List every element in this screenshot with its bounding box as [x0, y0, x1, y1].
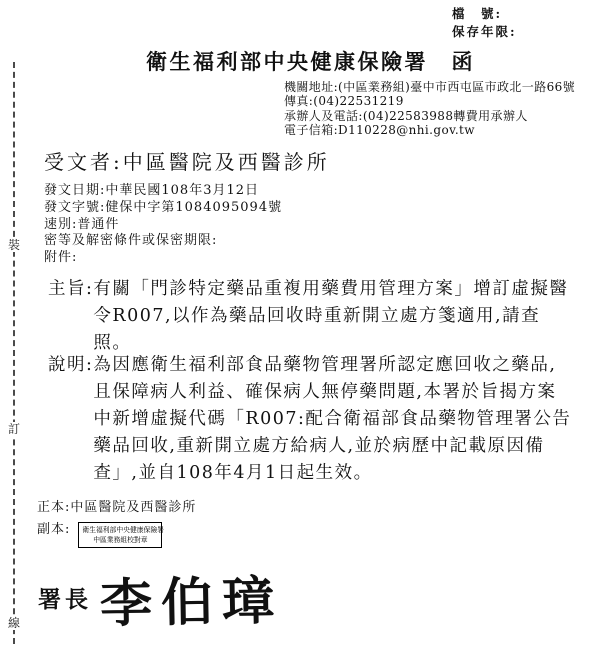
subject-label: 主旨:: [48, 276, 93, 303]
signature-title: 署長: [38, 581, 92, 614]
dispatch-attachment: 附件:: [44, 250, 282, 267]
explanation-label: 說明:: [48, 352, 93, 379]
official-letter-page: 裝 訂 線 檔 號: 保存年限: 衛生福利部中央健康保險署 函 機關地址:(中區…: [0, 0, 600, 647]
dispatch-security: 密等及解密條件或保密期限:: [44, 233, 282, 250]
agency-contact-phone: 承辦人及電話:(04)22583988轉費用承辦人: [284, 109, 575, 123]
binding-mark-ding: 訂: [5, 422, 23, 436]
dispatch-speed: 速別:普通件: [44, 217, 282, 234]
subject-text: 有關「門診特定藥品重複用藥費用管理方案」增訂虛擬醫 令R007,以作為藥品回收時…: [93, 276, 588, 357]
explanation-text: 為因應衛生福利部食品藥物管理署所認定應回收之藥品, 且保障病人利益、確保病人無停…: [93, 352, 588, 487]
binding-dashed-line: [13, 62, 15, 644]
proofread-stamp: 衛生福利部中央健康保險署 中區業務組校對章: [78, 522, 162, 548]
binding-mark-zhuang: 裝: [5, 238, 23, 252]
file-number-label: 檔 號:: [452, 5, 517, 23]
agency-fax: 傳真:(04)22531219: [284, 94, 575, 108]
dispatch-doc-number: 發文字號:健保中字第1084095094號: [44, 200, 282, 217]
cc-row: 副本: 衛生福利部中央健康保險署 中區業務組校對章: [37, 520, 196, 548]
cc-label: 副本:: [37, 520, 70, 540]
copies-block: 正本:中區醫院及西醫診所 副本: 衛生福利部中央健康保險署 中區業務組校對章: [37, 498, 196, 548]
file-meta-block: 檔 號: 保存年限:: [452, 5, 517, 40]
signature-name: 李伯璋: [99, 558, 283, 636]
original-recipient-line: 正本:中區醫院及西醫診所: [37, 498, 196, 518]
document-title: 衛生福利部中央健康保險署 函: [146, 46, 475, 76]
agency-contact-block: 機關地址:(中區業務組)臺中市西屯區市政北一路66號 傳真:(04)225312…: [284, 80, 575, 137]
binding-mark-xian: 線: [5, 616, 23, 630]
stamp-line2: 中區業務組校對章: [82, 535, 158, 545]
agency-address: 機關地址:(中區業務組)臺中市西屯區市政北一路66號: [284, 80, 575, 94]
subject-paragraph: 主旨: 有關「門診特定藥品重複用藥費用管理方案」增訂虛擬醫 令R007,以作為藥…: [48, 276, 588, 357]
agency-email: 電子信箱:D110228@nhi.gov.tw: [284, 123, 575, 137]
dispatch-date: 發文日期:中華民國108年3月12日: [44, 183, 282, 200]
signature-block: 署長 李伯璋: [38, 560, 283, 635]
dispatch-meta-block: 發文日期:中華民國108年3月12日 發文字號:健保中字第1084095094號…: [44, 183, 282, 267]
recipient-line: 受文者:中區醫院及西醫診所: [44, 146, 330, 175]
retention-period-label: 保存年限:: [452, 23, 517, 41]
stamp-line1: 衛生福利部中央健康保險署: [82, 525, 158, 535]
explanation-paragraph: 說明: 為因應衛生福利部食品藥物管理署所認定應回收之藥品, 且保障病人利益、確保…: [48, 352, 588, 487]
